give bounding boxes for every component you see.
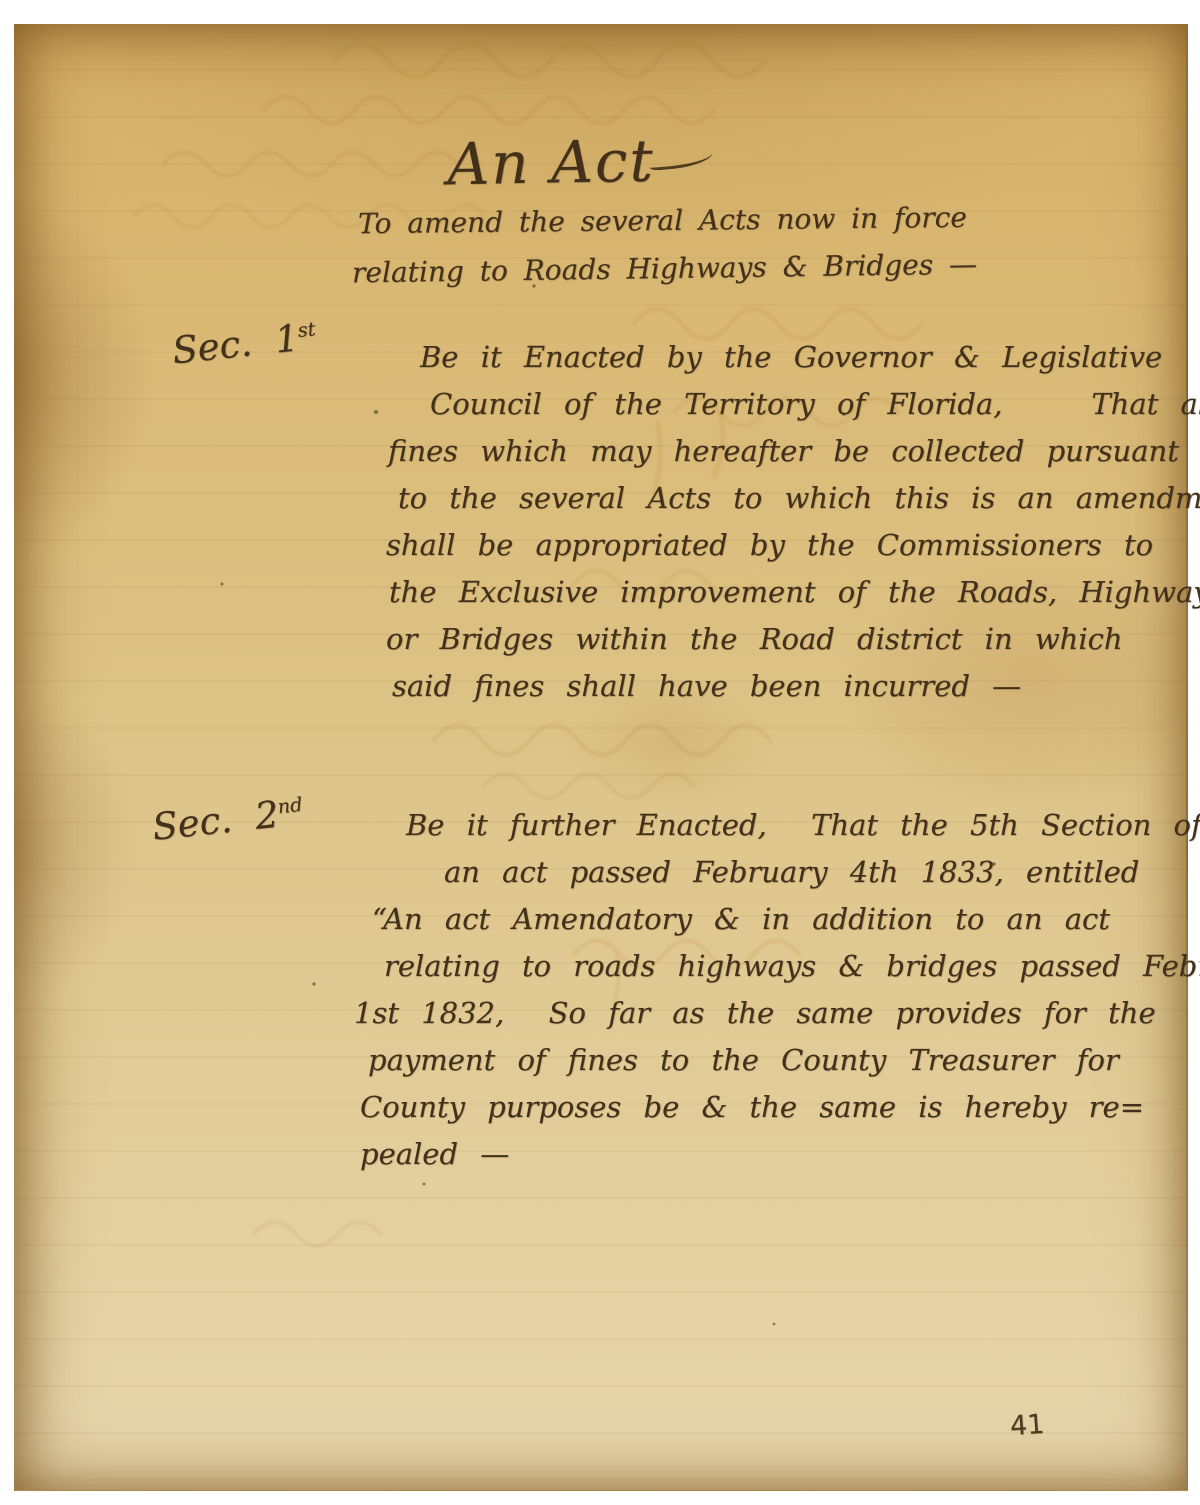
section-1-label-text: Sec. 1: [170, 316, 301, 372]
section-2-body: Be it further Enacted, That the 5th Sect…: [354, 802, 1200, 1178]
manuscript-line: 1st 1832, So far as the same provides fo…: [354, 990, 1200, 1037]
manuscript-line: an act passed February 4th 1833, entitle…: [444, 849, 1200, 896]
document-title-text: An Act: [447, 127, 656, 199]
manuscript-line: relating to roads highways & bridges pas…: [384, 943, 1200, 990]
document-title: An Act: [379, 125, 780, 200]
manuscript-line: “An act Amendatory & in addition to an a…: [372, 896, 1200, 943]
section-2-ordinal-suffix: nd: [277, 793, 304, 818]
scan-background: { "manuscript": { "title": "An Act", "su…: [0, 0, 1200, 1505]
manuscript-line: fines which may hereafter be collected p…: [388, 428, 1198, 475]
manuscript-line: Be it Enacted by the Governor & Legislat…: [420, 334, 1198, 381]
manuscript-line: Council of the Territory of Florida, Tha…: [430, 381, 1198, 428]
section-1-body: Be it Enacted by the Governor & Legislat…: [386, 334, 1198, 710]
bleedthrough-ghost-writing: [14, 24, 1186, 1490]
manuscript-line: payment of fines to the County Treasurer…: [368, 1037, 1200, 1084]
page-number: 41: [1009, 1409, 1045, 1442]
manuscript-line: pealed —: [360, 1131, 1200, 1178]
manuscript-page: An Act To amend the several Acts now in …: [14, 24, 1188, 1491]
section-1-ordinal-suffix: st: [297, 317, 317, 342]
section-2-label: Sec. 2nd: [150, 790, 305, 849]
manuscript-line: to the several Acts to which this is an …: [398, 475, 1198, 522]
manuscript-line: Be it further Enacted, That the 5th Sect…: [406, 802, 1200, 849]
manuscript-line: said fines shall have been incurred —: [392, 663, 1198, 710]
manuscript-line: shall be appropriated by the Commissione…: [386, 522, 1198, 569]
manuscript-line: or Bridges within the Road district in w…: [386, 616, 1198, 663]
document-subtitle-line-2: relating to Roads Highways & Bridges —: [352, 248, 977, 290]
manuscript-line: County purposes be & the same is hereby …: [360, 1084, 1200, 1131]
ink-specks: [14, 24, 1186, 1490]
section-2-label-text: Sec. 2: [150, 793, 281, 849]
section-1-label: Sec. 1st: [170, 315, 318, 373]
manuscript-line: the Exclusive improvement of the Roads, …: [389, 569, 1198, 616]
title-flourish: [648, 146, 713, 171]
document-subtitle-line-1: To amend the several Acts now in force: [358, 201, 967, 240]
